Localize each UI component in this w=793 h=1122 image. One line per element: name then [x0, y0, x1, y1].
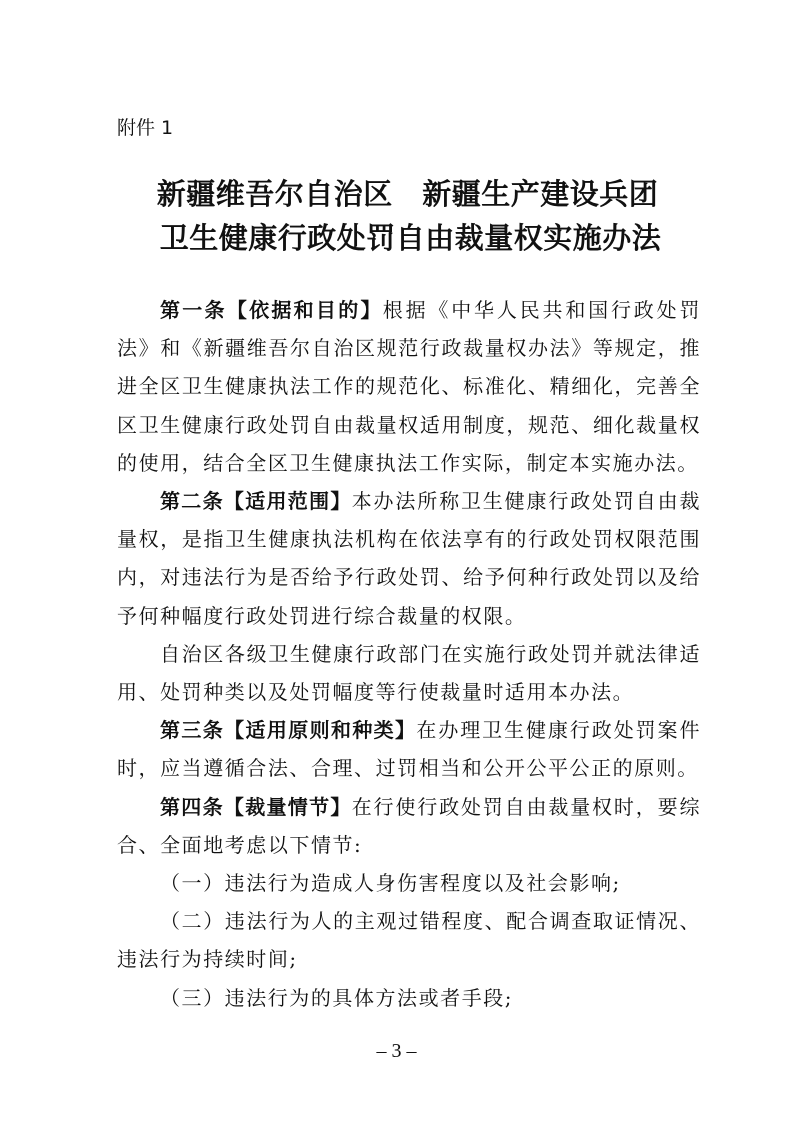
attachment-label: 附件 1: [117, 113, 173, 140]
article-4-item-2: （二）违法行为人的主观过错程度、配合调查取证情况、违法行为持续时间;: [117, 902, 701, 978]
article-2: 第二条【适用范围】本办法所称卫生健康行政处罚自由裁量权，是指卫生健康执法机构在依…: [117, 482, 701, 635]
article-4-item-3: （三）违法行为的具体方法或者手段;: [117, 979, 701, 1017]
page-number: – 3 –: [0, 1040, 793, 1063]
article-1: 第一条【依据和目的】根据《中华人民共和国行政处罚法》和《新疆维吾尔自治区规范行政…: [117, 291, 701, 482]
document-body: 第一条【依据和目的】根据《中华人民共和国行政处罚法》和《新疆维吾尔自治区规范行政…: [117, 291, 701, 1017]
article-3: 第三条【适用原则和种类】在办理卫生健康行政处罚案件时，应当遵循合法、合理、过罚相…: [117, 711, 701, 787]
document-title-line-2: 卫生健康行政处罚自由裁量权实施办法: [14, 216, 793, 257]
article-4-item-1: （一）违法行为造成人身伤害程度以及社会影响;: [117, 864, 701, 902]
article-4-heading: 第四条【裁量情节】: [160, 795, 352, 819]
article-4: 第四条【裁量情节】在行使行政处罚自由裁量权时，要综合、全面地考虑以下情节:: [117, 788, 701, 864]
article-2-paragraph-2: 自治区各级卫生健康行政部门在实施行政处罚并就法律适用、处罚种类以及处罚幅度等行使…: [117, 635, 701, 711]
article-2-heading: 第二条【适用范围】: [160, 489, 352, 513]
document-title-line-1: 新疆维吾尔自治区 新疆生产建设兵团: [11, 172, 793, 213]
article-3-heading: 第三条【适用原则和种类】: [160, 718, 416, 742]
article-1-heading: 第一条【依据和目的】: [160, 298, 383, 322]
article-1-text: 根据《中华人民共和国行政处罚法》和《新疆维吾尔自治区规范行政裁量权办法》等规定，…: [117, 298, 701, 475]
